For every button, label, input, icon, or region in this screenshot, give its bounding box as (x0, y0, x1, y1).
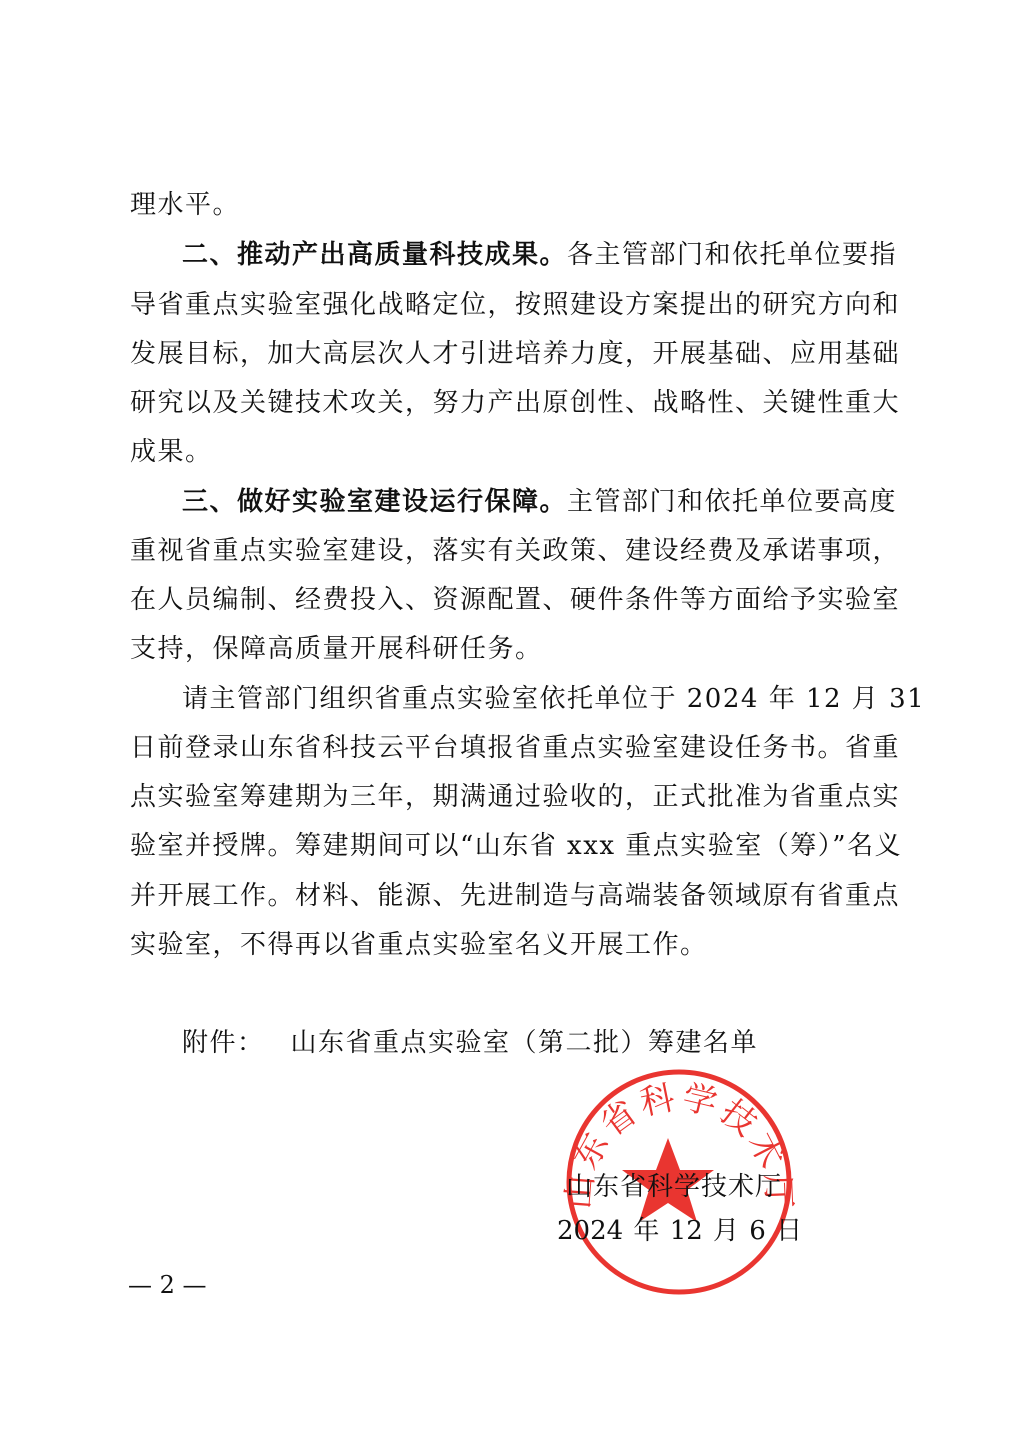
paragraph-line: 点实验室筹建期为三年，期满通过验收的，正式批准为省重点实 (130, 782, 880, 812)
section-three-line: 三、做好实验室建设运行保障。主管部门和依托单位要高度 (182, 487, 880, 517)
section-two-text: 各主管部门和依托单位要指 (567, 240, 897, 270)
paragraph-line: 成果。 (130, 437, 880, 467)
page-number: — 2 — (128, 1270, 207, 1300)
paragraph-line: 支持，保障高质量开展科研任务。 (130, 634, 880, 664)
paragraph-line: 并开展工作。材料、能源、先进制造与高端装备领域原有省重点 (130, 881, 880, 911)
paragraph-line: 实验室，不得再以省重点实验室名义开展工作。 (130, 930, 880, 960)
issuer-name: 山东省科学技术厅 (566, 1172, 782, 1202)
paragraph-line: 请主管部门组织省重点实验室依托单位于 2024 年 12 月 31 (182, 684, 880, 714)
document-page: 理水平。 二、推动产出高质量科技成果。各主管部门和依托单位要指 导省重点实验室强… (0, 0, 1010, 1430)
paragraph-line: 重视省重点实验室建设，落实有关政策、建设经费及承诺事项， (130, 536, 880, 566)
paragraph-line: 发展目标，加大高层次人才引进培养力度，开展基础、应用基础 (130, 339, 880, 369)
paragraph-line: 理水平。 (130, 190, 880, 220)
section-three-heading: 三、做好实验室建设运行保障。 (182, 487, 567, 517)
paragraph-line: 日前登录山东省科技云平台填报省重点实验室建设任务书。省重 (130, 733, 880, 763)
attachment-title: 山东省重点实验室（第二批）筹建名单 (291, 1028, 759, 1058)
attachment-line: 附件：山东省重点实验室（第二批）筹建名单 (182, 1028, 758, 1058)
paragraph-line: 导省重点实验室强化战略定位，按照建设方案提出的研究方向和 (130, 290, 880, 320)
paragraph-line: 研究以及关键技术攻关，努力产出原创性、战略性、关键性重大 (130, 388, 880, 418)
paragraph-line: 在人员编制、经费投入、资源配置、硬件条件等方面给予实验室 (130, 585, 880, 615)
section-two-line: 二、推动产出高质量科技成果。各主管部门和依托单位要指 (182, 240, 880, 270)
attachment-label: 附件： (182, 1028, 265, 1058)
paragraph-line: 验室并授牌。筹建期间可以“山东省 xxx 重点实验室（筹）”名义 (130, 831, 880, 861)
issue-date: 2024 年 12 月 6 日 (557, 1216, 802, 1246)
section-two-heading: 二、推动产出高质量科技成果。 (182, 240, 567, 270)
section-three-text: 主管部门和依托单位要高度 (567, 487, 897, 517)
